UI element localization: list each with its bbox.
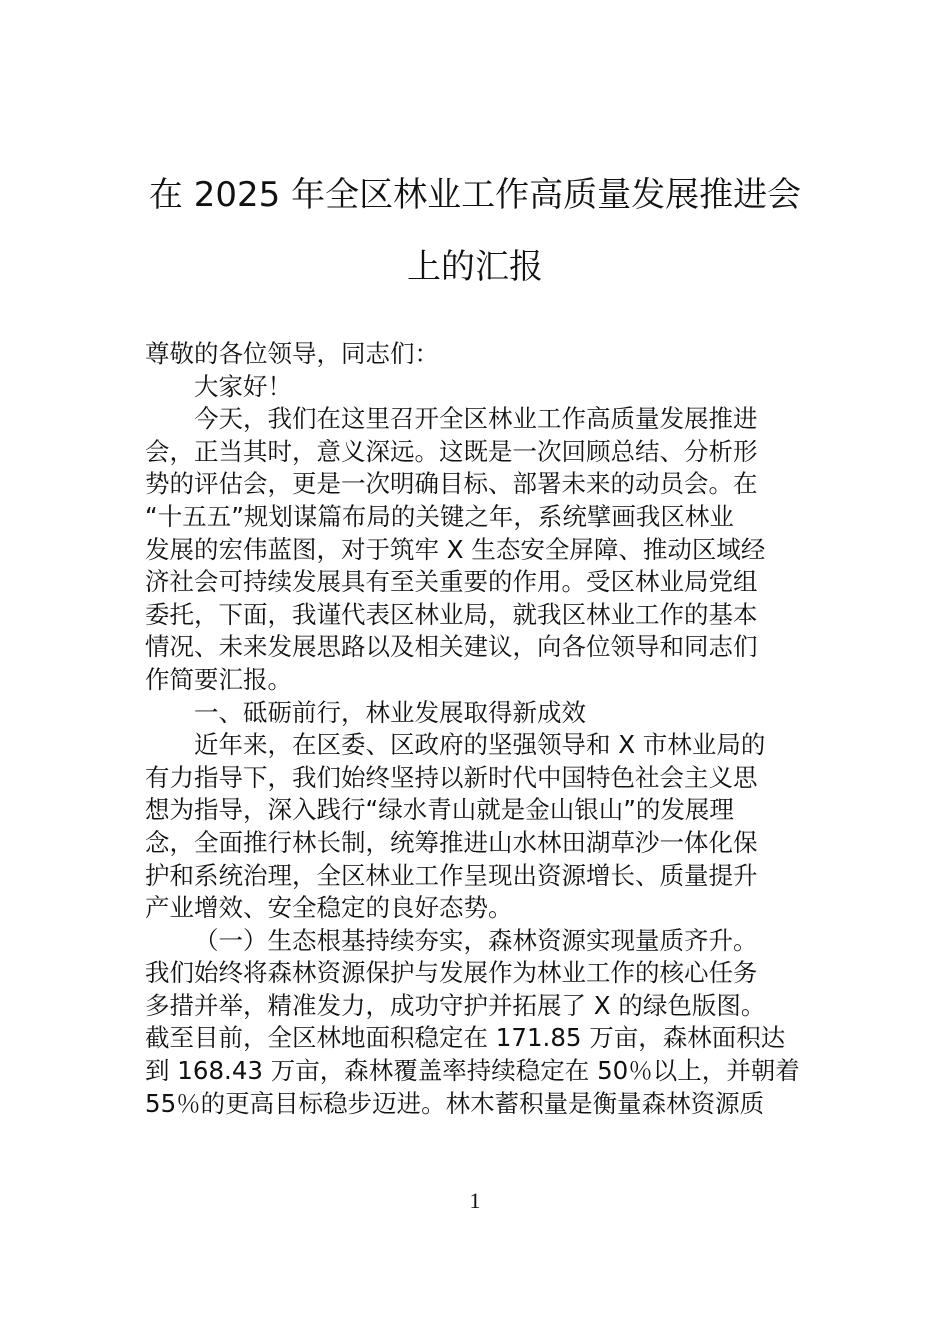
- paragraph-line: 委托，下面，我谨代表区林业局，就我区林业工作的基本: [145, 599, 810, 632]
- paragraph-line: 近年来，在区委、区政府的坚强领导和 X 市林业局的: [145, 729, 810, 762]
- paragraph-line: 发展的宏伟蓝图，对于筑牢 X 生态安全屏障、推动区域经: [145, 534, 810, 567]
- paragraph-line: 会，正当其时，意义深远。这既是一次回顾总结、分析形: [145, 436, 810, 469]
- paragraph-line: 念，全面推行林长制，统筹推进山水林田湖草沙一体化保: [145, 827, 810, 860]
- paragraph-line: 我们始终将森林资源保护与发展作为林业工作的核心任务: [145, 957, 810, 990]
- paragraph-line: 护和系统治理，全区林业工作呈现出资源增长、质量提升: [145, 860, 810, 893]
- paragraph-line: 多措并举，精准发力，成功守护并拓展了 X 的绿色版图。: [145, 990, 810, 1023]
- paragraph-line: 情况、未来发展思路以及相关建议，向各位领导和同志们: [145, 631, 810, 664]
- paragraph-line: 产业增效、安全稳定的良好态势。: [145, 892, 810, 925]
- page-number: 1: [0, 1188, 950, 1214]
- paragraph-line: 截至目前，全区林地面积稳定在 171.85 万亩，森林面积达: [145, 1022, 810, 1055]
- paragraph-line: 有力指导下，我们始终坚持以新时代中国特色社会主义思: [145, 762, 810, 795]
- paragraph-line: 济社会可持续发展具有至关重要的作用。受区林业局党组: [145, 566, 810, 599]
- paragraph-line: 到 168.43 万亩，森林覆盖率持续稳定在 50％以上，并朝着: [145, 1055, 810, 1088]
- document-title-line-2: 上的汇报: [120, 250, 830, 284]
- document-title-line-1: 在 2025 年全区林业工作高质量发展推进会: [120, 178, 830, 212]
- salutation: 尊敬的各位领导，同志们：: [145, 338, 810, 371]
- paragraph-line: “十五五”规划谋篇布局的关键之年，系统擘画我区林业: [145, 501, 810, 534]
- paragraph-line: 想为指导，深入践行“绿水青山就是金山银山”的发展理: [145, 794, 810, 827]
- subsection-heading: （一）生态根基持续夯实，森林资源实现量质齐升。: [145, 925, 810, 958]
- document-body: 尊敬的各位领导，同志们： 大家好！ 今天，我们在这里召开全区林业工作高质量发展推…: [145, 338, 810, 1120]
- section-heading: 一、砥砺前行，林业发展取得新成效: [145, 697, 810, 730]
- paragraph-line: 势的评估会，更是一次明确目标、部署未来的动员会。在: [145, 468, 810, 501]
- paragraph-line: 作简要汇报。: [145, 664, 810, 697]
- document-page: 在 2025 年全区林业工作高质量发展推进会 上的汇报 尊敬的各位领导，同志们：…: [0, 0, 950, 1344]
- paragraph-line: 55％的更高目标稳步迈进。林木蓄积量是衡量森林资源质: [145, 1088, 810, 1121]
- greeting: 大家好！: [145, 371, 810, 404]
- paragraph-line: 今天，我们在这里召开全区林业工作高质量发展推进: [145, 403, 810, 436]
